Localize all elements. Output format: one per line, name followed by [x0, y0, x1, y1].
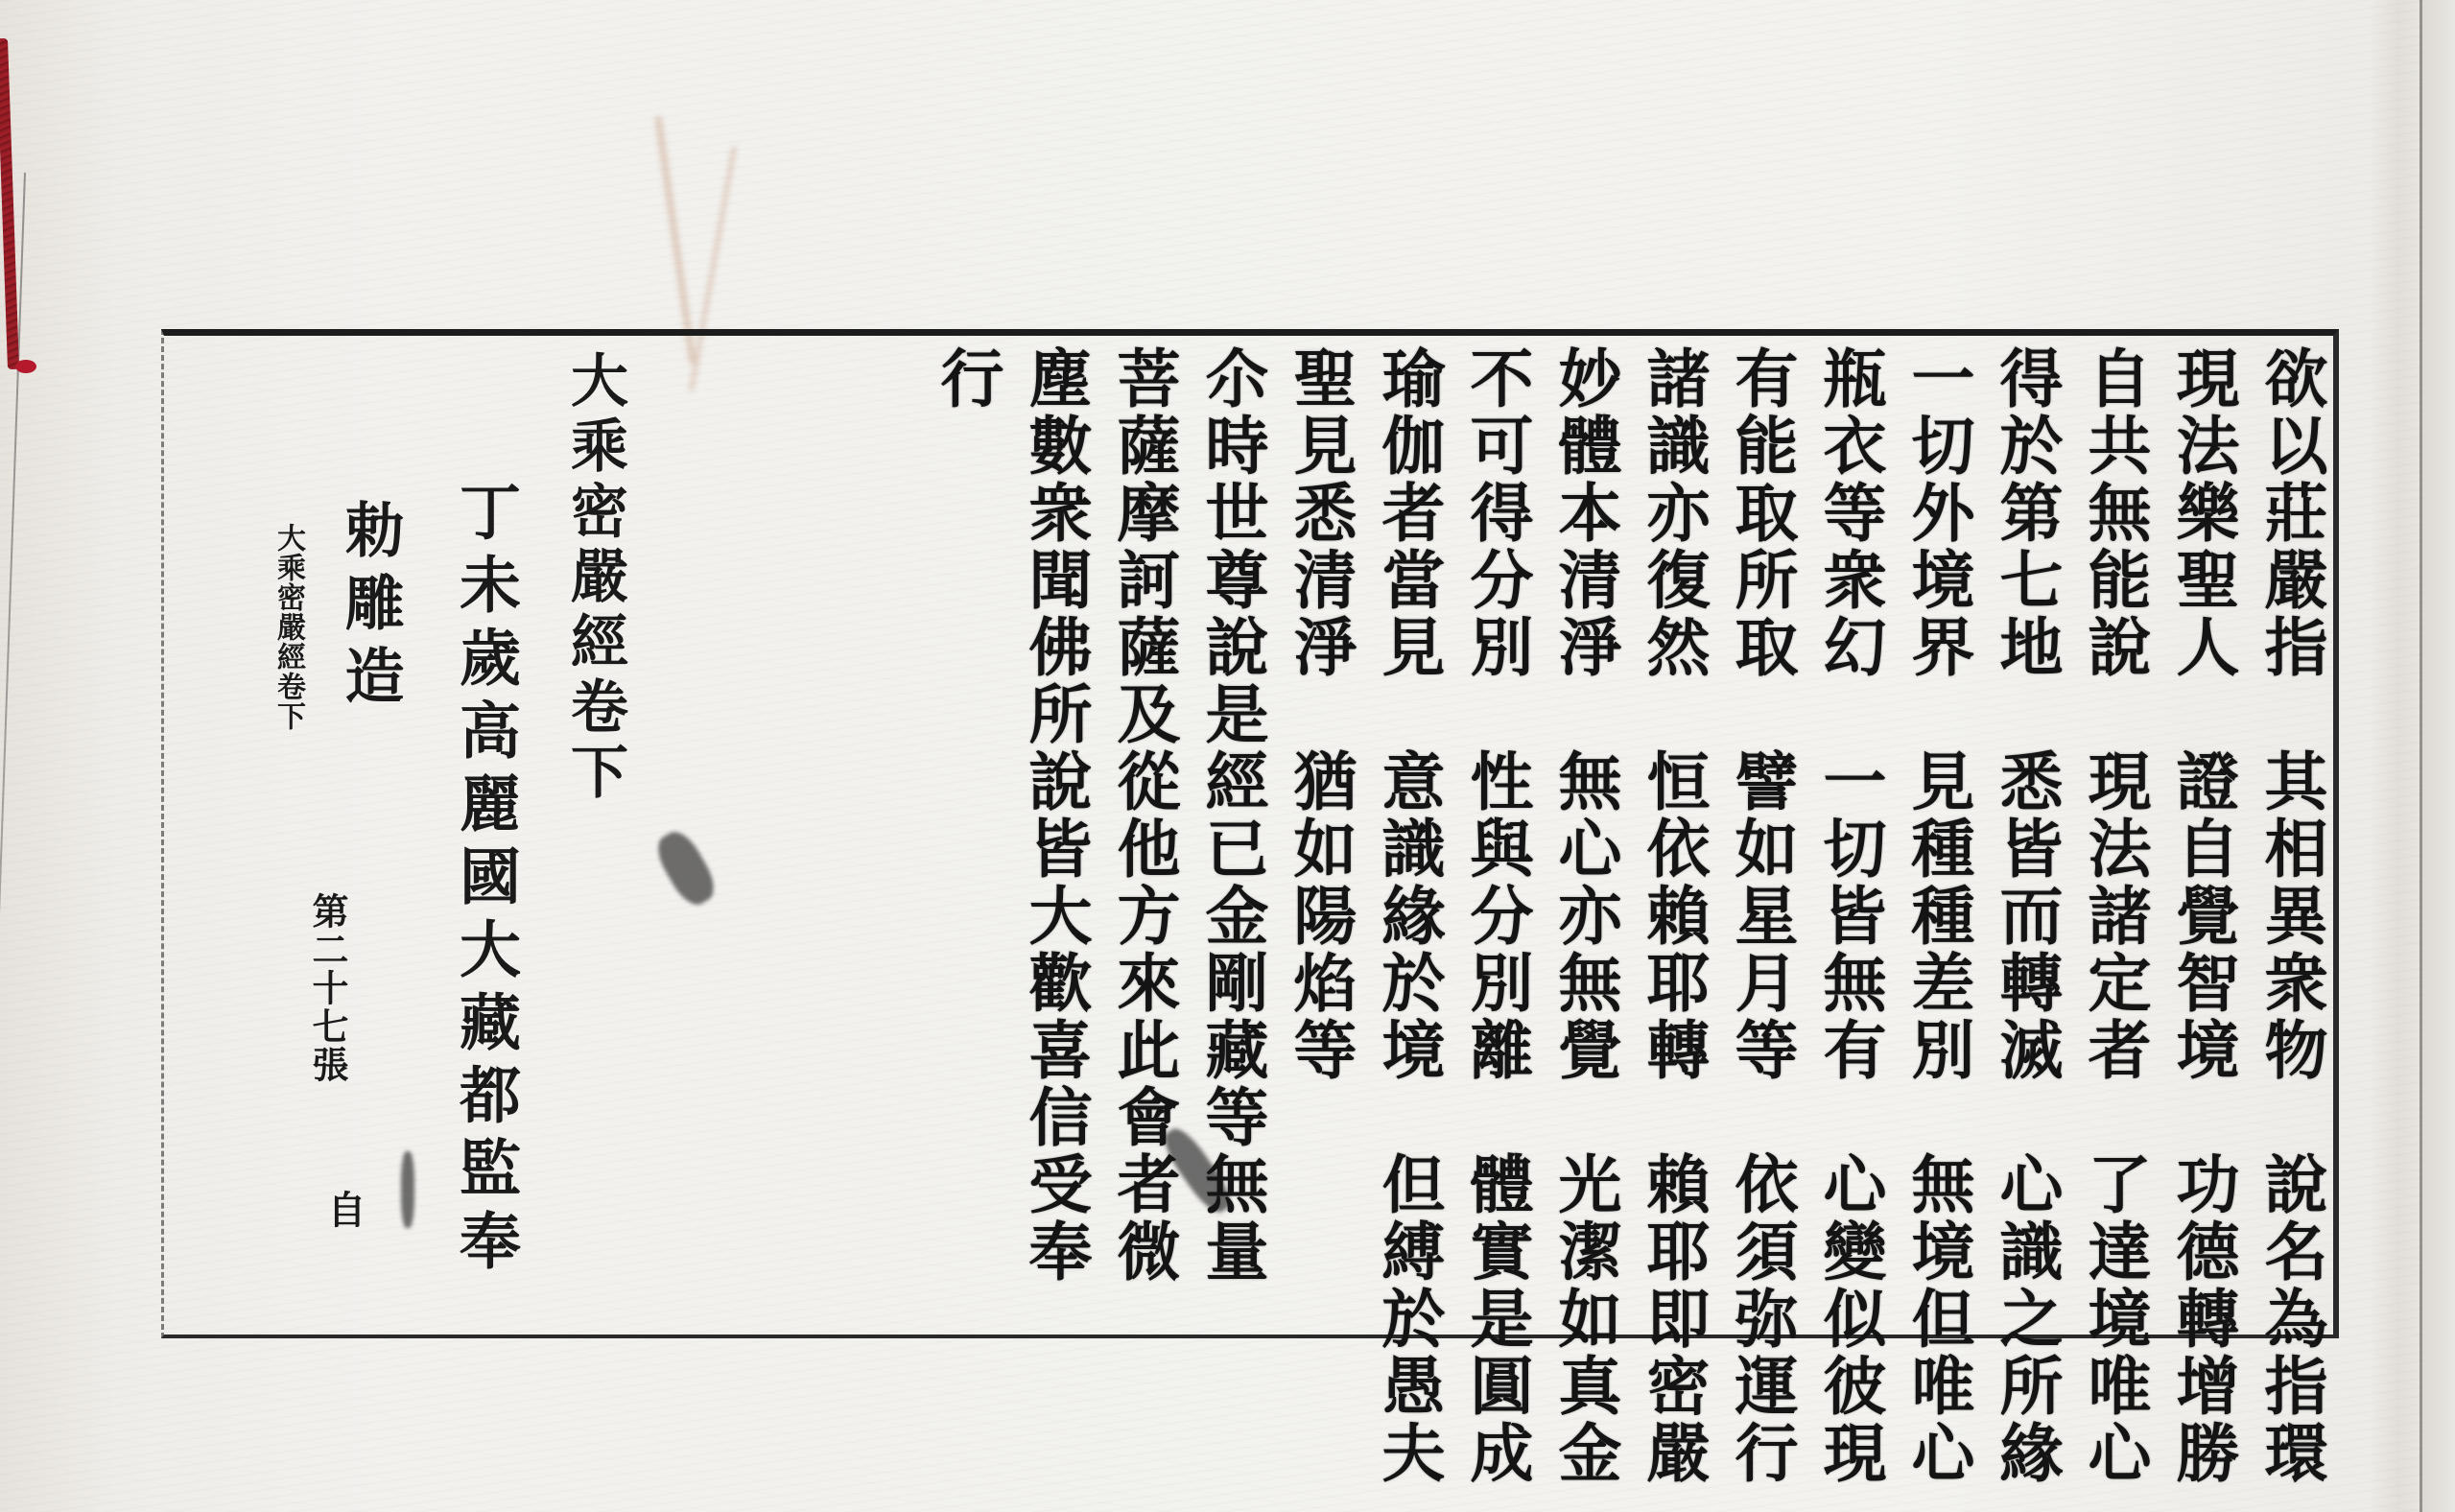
- text-column: 不可得分別 性與分別離 體實是圓成: [1452, 345, 1541, 1324]
- colophon: 丁未歲高麗國大藏都監奉: [446, 480, 523, 1282]
- text-column: 欲以莊嚴指 其相異衆物 說名為指環: [2247, 345, 2335, 1324]
- text-column: 尒時世尊說是經已金剛藏等無量: [1188, 345, 1276, 1324]
- text-column: 一切外境界 見種種差別 無境但唯心: [1894, 345, 1982, 1324]
- edict-line: 勅雕造: [331, 499, 408, 718]
- fiber-stain: [654, 116, 696, 365]
- end-title: 大乘密嚴經卷下: [556, 350, 633, 807]
- text-column: 有能取所取 譬如星月等 依須弥運行: [1717, 345, 1806, 1324]
- page-fold-right: [2420, 0, 2422, 1512]
- binding-thread-knot: [15, 360, 36, 373]
- text-column: 諸識亦復然 恒依賴耶轉 賴耶即密嚴: [1629, 345, 1717, 1324]
- next-page-edge: [2422, 0, 2455, 1512]
- text-column: 現法樂聖人 證自覺智境 功德轉增勝: [2159, 345, 2247, 1324]
- red-binding-thread: [0, 38, 19, 369]
- text-column: 自共無能說 現法諸定者 了達境唯心: [2070, 345, 2159, 1324]
- text-column: 妙體本清淨 無心亦無覺 光潔如真金: [1541, 345, 1629, 1324]
- carver-mark: 自: [321, 1190, 366, 1228]
- margin-short-title: 大乘密嚴經卷下: [269, 523, 307, 731]
- text-column: 行: [923, 345, 1011, 1324]
- page-number: 第二十七張: [305, 892, 349, 1084]
- text-column: 塵數衆聞佛所說皆大歡喜信受奉: [1011, 345, 1099, 1324]
- text-column: 瓶衣等衆幻 一切皆無有 心變似彼現: [1806, 345, 1894, 1324]
- text-column: 瑜伽者當見 意識緣於境 但縛於愚夫: [1364, 345, 1452, 1324]
- text-column: 聖見悉清淨 猶如陽焰等: [1276, 345, 1364, 1324]
- sutra-body: 欲以莊嚴指 其相異衆物 說名為指環 現法樂聖人 證自覺智境 功德轉增勝 自共無能…: [923, 345, 2335, 1324]
- page-fold-left: [0, 173, 26, 1511]
- text-column: 菩薩摩訶薩及從他方來此會者微: [1099, 345, 1188, 1324]
- text-column: 得於第七地 悉皆而轉滅 心識之所緣: [1982, 345, 2070, 1324]
